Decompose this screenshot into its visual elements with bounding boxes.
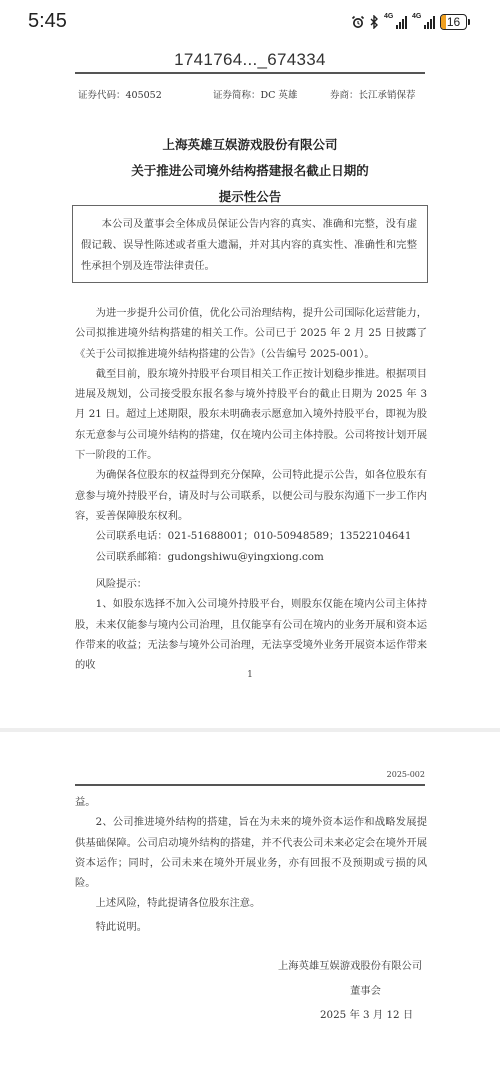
broker: 券商：长江承销保荐 (330, 87, 416, 101)
closing-section: 特此说明。 (75, 917, 427, 937)
closing-statement: 特此说明。 (75, 917, 427, 937)
header-rule (75, 72, 425, 74)
risk-closing: 上述风险，特此提请各位股东注意。 (75, 893, 427, 913)
battery-level: 16 (447, 15, 460, 29)
status-icons: 4G 4G 16 (351, 14, 470, 30)
security-code: 证券代码：405052 (78, 87, 162, 101)
announcement-title: 关于推进公司境外结构搭建报名截止日期的 (0, 161, 500, 179)
contact-email: 公司联系邮箱：gudongshiwu@yingxiong.com (75, 547, 427, 567)
header-rule (75, 784, 425, 786)
status-time: 5:45 (28, 10, 67, 33)
body-section: 为进一步提升公司价值，优化公司治理结构，提升公司国际化运营能力，公司拟推进境外结… (75, 303, 427, 567)
announcement-subtitle: 提示性公告 (0, 187, 500, 205)
paragraph-deadline: 截至目前，股东境外持股平台项目相关工作正按计划稳步推进。根据项目进展及规划，公司… (75, 364, 427, 465)
contact-phone: 公司联系电话：021-51688001；010-50948589；1352210… (75, 526, 427, 546)
signature-date: 2025 年 3 月 12 日 (320, 1006, 413, 1021)
disclaimer-text: 本公司及董事会全体成员保证公告内容的真实、准确和完整，没有虚假记载、误导性陈述或… (81, 214, 417, 277)
signal-4g-sim1-icon: 4G (384, 15, 407, 29)
risk-item-2: 2、公司推进境外结构的搭建，旨在为未来的境外资本运作和战略发展提供基础保障。公司… (75, 812, 427, 893)
risk-item-1-continued: 益。 (75, 792, 427, 812)
status-bar: 5:45 4G 4G 16 (0, 0, 500, 50)
document-page-1: 证券代码：405052 证券简称：DC 英雄 券商：长江承销保荐 上海英雄互娱游… (0, 70, 500, 728)
doc-number: 2025-002 (387, 770, 425, 779)
risk-item-1: 1、如股东选择不加入公司境外持股平台，则股东仅能在境内公司主体持股，未来仅能参与… (75, 594, 427, 675)
page-number: 1 (0, 670, 500, 680)
paragraph-contact-request: 为确保各位股东的权益得到充分保障，公司特此提示公告，如各位股东有意参与境外持股平… (75, 465, 427, 526)
signature-board: 董事会 (350, 982, 381, 997)
risk-heading: 风险提示： (75, 574, 427, 594)
company-title: 上海英雄互娱游戏股份有限公司 (0, 135, 500, 153)
paragraph-background: 为进一步提升公司价值，优化公司治理结构，提升公司国际化运营能力，公司拟推进境外结… (75, 303, 427, 364)
signal-4g-sim2-icon: 4G (412, 15, 435, 29)
risk-continued: 益。 2、公司推进境外结构的搭建，旨在为未来的境外资本运作和战略发展提供基础保障… (75, 792, 427, 914)
signature-company: 上海英雄互娱游戏股份有限公司 (278, 957, 422, 972)
security-name: 证券简称：DC 英雄 (213, 87, 297, 101)
battery-icon: 16 (440, 14, 470, 30)
alarm-icon (351, 15, 365, 29)
document-page-2: 2025-002 益。 2、公司推进境外结构的搭建，旨在为未来的境外资本运作和战… (0, 732, 500, 1083)
document-title: 1741764..._674334 (0, 50, 500, 70)
disclaimer-box: 本公司及董事会全体成员保证公告内容的真实、准确和完整，没有虚假记载、误导性陈述或… (72, 205, 428, 283)
bluetooth-icon (370, 15, 379, 29)
risk-section: 风险提示： 1、如股东选择不加入公司境外持股平台，则股东仅能在境内公司主体持股，… (75, 574, 427, 675)
